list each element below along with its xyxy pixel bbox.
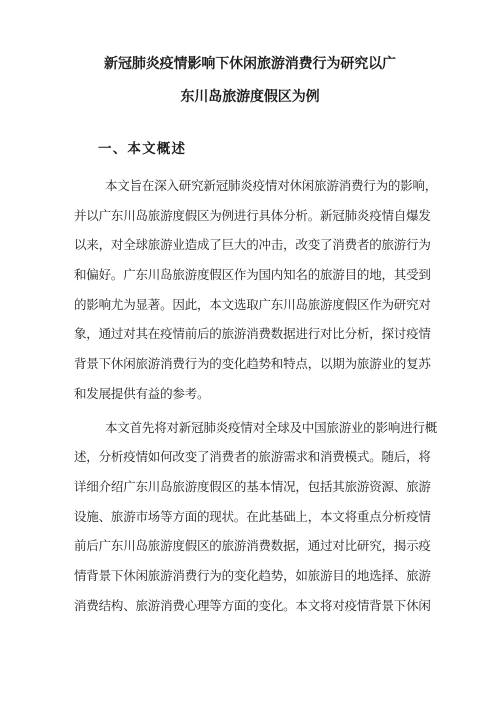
document-body: 本文旨在深入研究新冠肺炎疫情对休闲旅游消费行为的影响， 并以广东川岛旅游度假区为… bbox=[74, 171, 432, 620]
section-heading-overview: 一、本文概述 bbox=[98, 141, 186, 158]
document-page: 新冠肺炎疫情影响下休闲旅游消费行为研究以广 东川岛旅游度假区为例 一、本文概述 … bbox=[0, 0, 500, 707]
paragraph-1-line: 的影响尤为显著。因此，本文选取广东川岛旅游度假区作为研究对 bbox=[74, 290, 432, 320]
paragraph-2-line: 本文首先将对新冠肺炎疫情对全球及中国旅游业的影响进行概 bbox=[74, 413, 432, 443]
paragraph-2-line: 前后广东川岛旅游度假区的旅游消费数据，通过对比研究，揭示疫 bbox=[74, 531, 432, 561]
document-title-line-1: 新冠肺炎疫情影响下休闲旅游消费行为研究以广 bbox=[0, 48, 500, 81]
paragraph-1-line: 象，通过对其在疫情前后的旅游消费数据进行对比分析，探讨疫情 bbox=[74, 319, 432, 349]
paragraph-1-line: 和发展提供有益的参考。 bbox=[74, 379, 432, 409]
document-title-line-2: 东川岛旅游度假区为例 bbox=[0, 81, 500, 114]
paragraph-2: 本文首先将对新冠肺炎疫情对全球及中国旅游业的影响进行概 述，分析疫情如何改变了消… bbox=[74, 413, 432, 621]
paragraph-1-line: 背景下休闲旅游消费行为的变化趋势和特点，以期为旅游业的复苏 bbox=[74, 349, 432, 379]
paragraph-1-line: 本文旨在深入研究新冠肺炎疫情对休闲旅游消费行为的影响， bbox=[74, 171, 432, 201]
paragraph-2-line: 情背景下休闲旅游消费行为的变化趋势，如旅游目的地选择、旅游 bbox=[74, 561, 432, 591]
paragraph-2-line: 设施、旅游市场等方面的现状。在此基础上，本文将重点分析疫情 bbox=[74, 502, 432, 532]
document-title: 新冠肺炎疫情影响下休闲旅游消费行为研究以广 东川岛旅游度假区为例 bbox=[0, 48, 500, 114]
paragraph-1-line: 和偏好。广东川岛旅游度假区作为国内知名的旅游目的地，其受到 bbox=[74, 260, 432, 290]
paragraph-2-line: 详细介绍广东川岛旅游度假区的基本情况，包括其旅游资源、旅游 bbox=[74, 472, 432, 502]
paragraph-2-line: 述，分析疫情如何改变了消费者的旅游需求和消费模式。随后，将 bbox=[74, 442, 432, 472]
paragraph-1: 本文旨在深入研究新冠肺炎疫情对休闲旅游消费行为的影响， 并以广东川岛旅游度假区为… bbox=[74, 171, 432, 409]
paragraph-2-line: 消费结构、旅游消费心理等方面的变化。本文将对疫情背景下休闲 bbox=[74, 591, 432, 621]
paragraph-1-line: 以来，对全球旅游业造成了巨大的冲击，改变了消费者的旅游行为 bbox=[74, 230, 432, 260]
paragraph-1-line: 并以广东川岛旅游度假区为例进行具体分析。新冠肺炎疫情自爆发 bbox=[74, 201, 432, 231]
